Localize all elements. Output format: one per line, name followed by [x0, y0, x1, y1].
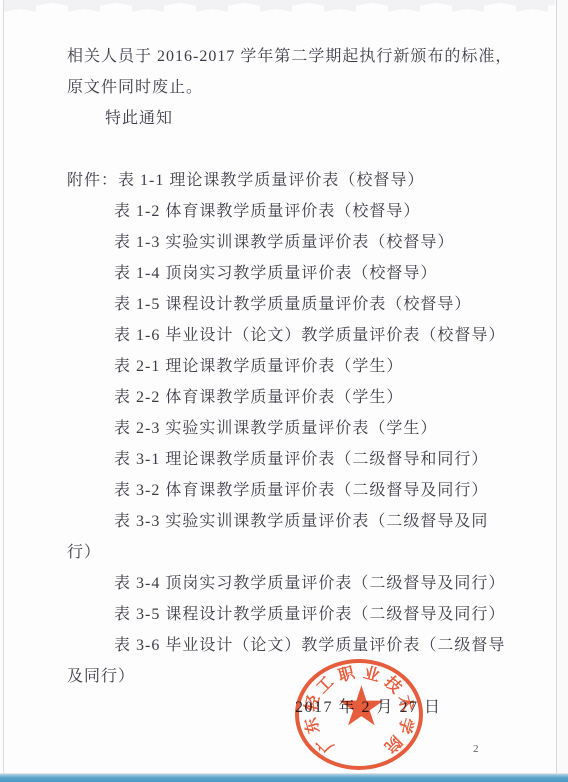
- seal-char: 业: [361, 660, 382, 686]
- blank-line: [67, 134, 513, 165]
- bottom-edge-bar: [0, 774, 568, 782]
- text-line: 及同行）: [67, 661, 513, 692]
- seal-char: 轻: [298, 693, 324, 714]
- text-line: 行）: [67, 537, 513, 568]
- seal-char: 东: [298, 715, 324, 736]
- text-line: 表 1-2 体育课教学质量评价表（校督导）: [67, 196, 513, 227]
- seal-char: 职: [335, 660, 356, 686]
- text-line: 表 2-3 实验实训课教学质量评价表（学生）: [67, 413, 513, 444]
- date-line: 2017 年 2 月 27 日: [67, 692, 513, 723]
- seal-char: 技: [381, 670, 409, 698]
- text-line: 表 1-3 实验实训课教学质量评价表（校督导）: [67, 227, 513, 258]
- page-left-edge: [3, 0, 4, 774]
- seal-char: 工: [310, 670, 338, 698]
- text-line: 相关人员于 2016-2017 学年第二学期起执行新颁布的标准，: [67, 41, 513, 72]
- page-number: 2: [473, 743, 479, 755]
- page-right-edge: [556, 0, 568, 774]
- seal-char: 学: [394, 715, 420, 736]
- seal-char: 院: [381, 731, 409, 759]
- text-line: 表 1-6 毕业设计（论文）教学质量评价表（校督导）: [67, 320, 513, 351]
- text-line: 原文件同时废止。: [67, 72, 513, 103]
- text-line: 表 1-5 课程设计教学质量质量评价表（校督导）: [67, 289, 513, 320]
- text-line: 表 1-4 顶岗实习教学质量评价表（校督导）: [67, 258, 513, 289]
- text-line: 表 3-5 课程设计教学质量评价表（二级督导及同行）: [67, 599, 513, 630]
- page-top-edge-texture: [4, 0, 555, 12]
- official-seal: 广东轻工职业技术学院: [295, 659, 423, 770]
- seal-char: 广: [310, 731, 338, 759]
- text-line: 附件：表 1-1 理论课教学质量评价表（校督导）: [67, 165, 513, 196]
- seal-char: 术: [394, 693, 420, 714]
- text-line: 表 3-1 理论课教学质量评价表（二级督导和同行）: [67, 444, 513, 475]
- seal-text: 广东轻工职业技术学院: [299, 663, 419, 766]
- text-line: 特此通知: [67, 103, 513, 134]
- text-line: 表 3-3 实验实训课教学质量评价表（二级督导及同: [67, 506, 513, 537]
- text-line: 表 3-6 毕业设计（论文）教学质量评价表（二级督导: [67, 630, 513, 661]
- text-line: 表 3-2 体育课教学质量评价表（二级督导及同行）: [67, 475, 513, 506]
- text-line: 表 2-1 理论课教学质量评价表（学生）: [67, 351, 513, 382]
- text-line: 表 3-4 顶岗实习教学质量评价表（二级督导及同行）: [67, 568, 513, 599]
- text-line: 表 2-2 体育课教学质量评价表（学生）: [67, 382, 513, 413]
- document-body: 相关人员于 2016-2017 学年第二学期起执行新颁布的标准，原文件同时废止。…: [67, 41, 513, 723]
